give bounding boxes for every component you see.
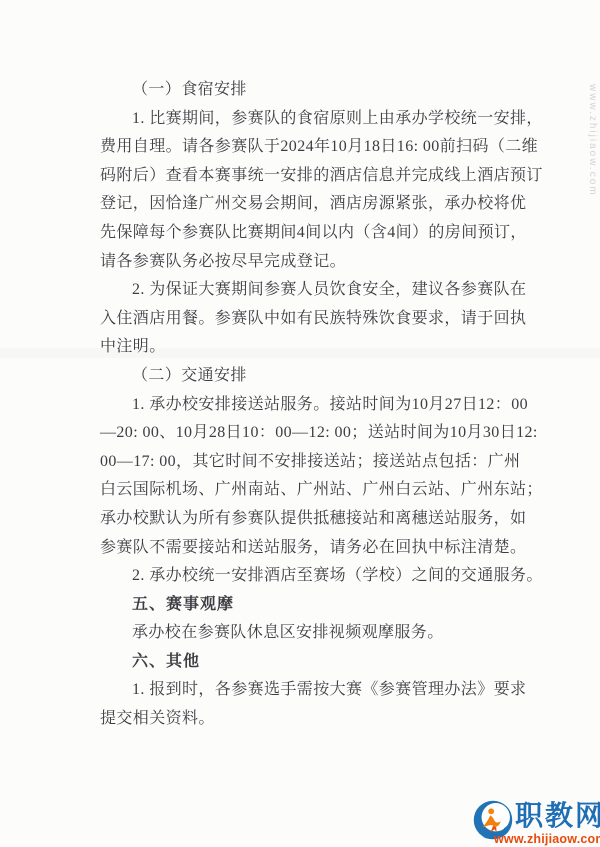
text-line: 费用自理。请各参赛队于2024年10月18日16: 00前扫码（二维: [100, 133, 536, 162]
text-line: 1. 比赛期间，参赛队的食宿原则上由承办学校统一安排，: [100, 105, 536, 134]
text-line: 2. 为保证大赛期间参赛人员饮食安全，建议各参赛队在: [100, 276, 536, 305]
logo-site-name: 职教网: [515, 794, 600, 834]
logo-site-url: www.zhijiaow.com: [494, 832, 600, 846]
text-line: （二）交通安排: [100, 362, 536, 391]
text-line: 1. 报到时，各参赛选手需按大赛《参赛管理办法》要求: [100, 676, 536, 705]
text-line: 先保障每个参赛队比赛期间4间以内（含4间）的房间预订，: [100, 219, 536, 248]
section-heading: 五、赛事观摩: [100, 591, 536, 620]
text-line: （一）食宿安排: [100, 76, 536, 105]
text-line: 参赛队不需要接站和送站服务，请务必在回执中标注清楚。: [100, 534, 536, 563]
text-line: 码附后）查看本赛事统一安排的酒店信息并完成线上酒店预订: [100, 162, 536, 191]
text-line: 入住酒店用餐。参赛队中如有民族特殊饮食要求，请于回执: [100, 305, 536, 334]
text-line: 承办校默认为所有参赛队提供抵穗接站和离穗送站服务，如: [100, 505, 536, 534]
text-line: 登记，因恰逢广州交易会期间，酒店房源紧张，承办校将优: [100, 190, 536, 219]
section-heading: 六、其他: [100, 648, 536, 677]
text-line: 2. 承办校统一安排酒店至赛场（学校）之间的交通服务。: [100, 562, 536, 591]
site-logo: 职教网 www.zhijiaow.com: [471, 797, 599, 845]
text-line: 请各参赛队务必按尽早完成登记。: [100, 248, 536, 277]
document-body: （一）食宿安排1. 比赛期间，参赛队的食宿原则上由承办学校统一安排，费用自理。请…: [100, 76, 536, 734]
vertical-watermark-text: www.zhijiaow.com: [587, 84, 598, 197]
text-line: 白云国际机场、广州南站、广州站、广州白云站、广州东站；: [100, 476, 536, 505]
text-line: —20: 00、10月28日10：00—12: 00；送站时间为10月30日12…: [100, 419, 536, 448]
text-line: 1. 承办校安排接送站服务。接站时间为10月27日12：00: [100, 391, 536, 420]
text-line: 提交相关资料。: [100, 705, 536, 734]
text-line: 承办校在参赛队休息区安排视频观摩服务。: [100, 619, 536, 648]
text-line: 00—17: 00，其它时间不安排接送站；接送站点包括：广州: [100, 448, 536, 477]
text-line: 中注明。: [100, 333, 536, 362]
